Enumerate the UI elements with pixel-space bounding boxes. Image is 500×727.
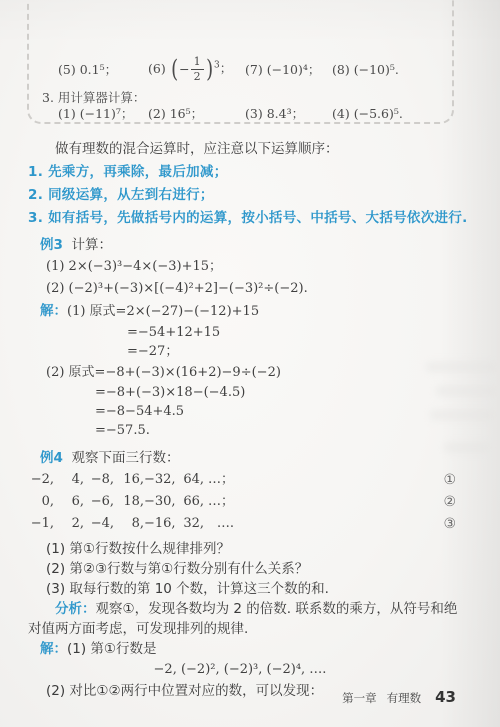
- number-row-1: −2,4,−8,16,−32,64,…； ①: [28, 469, 456, 491]
- example3-solution-1-line2: =−54+12+15: [127, 323, 470, 342]
- example3-title: 计算：: [72, 237, 113, 253]
- example3-solution-2-head: (2) 原式=−8+(−3)×(16+2)−9÷(−2): [46, 363, 470, 383]
- example4-heading: 例4 观察下面三行数：: [40, 447, 470, 469]
- exercise-row-2: (1)(−11)⁷； (2)16⁵； (3)8.4³； (4)(−5.6)⁵.: [29, 104, 452, 122]
- circled-number-3: ③: [443, 513, 456, 535]
- order-rule-2: 2. 同级运算，从左到右进行；: [28, 184, 470, 207]
- example4-solution-head: 解：(1) 第①行数是: [40, 639, 470, 659]
- fraction: 12: [191, 56, 204, 82]
- circled-number-1: ①: [443, 469, 456, 491]
- order-rule-1: 1. 先乘方，再乘除，最后加减；: [28, 161, 470, 184]
- example4-question-1: (1) 第①行数按什么规律排列？: [46, 539, 470, 559]
- example3-label: 例3: [40, 237, 63, 253]
- example3-solution-2-line2: =−8+(−3)×18−(−4.5): [95, 383, 470, 402]
- page-footer: 第一章有理数43: [342, 688, 456, 706]
- analysis-paragraph: 分析：观察①，发现各数均为 2 的倍数. 联系数的乘方，从符号和绝对值两方面考虑…: [28, 599, 466, 639]
- intro-sentence: 做有理数的混合运算时，应注意以下运算顺序：: [28, 138, 470, 161]
- footer-page-number: 43: [435, 688, 456, 706]
- exercise-dashed-box: (5)0.1⁵； (6)(−12)3； (7)(−10)⁴； (8)(−10)⁵…: [27, 0, 454, 124]
- solve-label: 解：: [40, 641, 67, 657]
- exercise-item-8: (8)(−10)⁵.: [332, 62, 452, 77]
- order-rule-3: 3. 如有括号，先做括号内的运算，按小括号、中括号、大括号依次进行.: [28, 207, 470, 230]
- analysis-label: 分析：: [55, 601, 96, 617]
- calc-item-1: (1)(−11)⁷；: [58, 104, 148, 122]
- example4-solution-row1-expr: −2, (−2)², (−2)³, (−2)⁴, ….: [40, 659, 440, 681]
- exercise-item-7: (7)(−10)⁴；: [245, 60, 332, 78]
- example3-solution-2-line4: =−57.5.: [95, 421, 470, 440]
- example4-label: 例4: [40, 450, 63, 466]
- example4-title: 观察下面三行数：: [72, 450, 180, 466]
- example3-problem-1: (1) 2×(−3)³−4×(−3)+15；: [46, 256, 470, 278]
- page-content: 做有理数的混合运算时，应注意以下运算顺序： 1. 先乘方，再乘除，最后加减； 2…: [0, 138, 500, 701]
- number-row-3: −1,2,−4,8,−16,32,…. ③: [28, 513, 456, 535]
- solve-label: 解：: [40, 303, 67, 319]
- example4-question-3: (3) 取每行数的第 10 个数，计算这三个数的和.: [46, 579, 470, 599]
- example3-solution-2-line3: =−8−54+4.5: [95, 402, 470, 421]
- example3-heading: 例3 计算：: [40, 234, 470, 256]
- textbook-page: (5)0.1⁵； (6)(−12)3； (7)(−10)⁴； (8)(−10)⁵…: [0, 0, 500, 727]
- example4-question-2: (2) 第②③行数与第①行数分别有什么关系？: [46, 559, 470, 579]
- exercise-item-6: (6)(−12)3；: [148, 56, 245, 82]
- exercise-item-5: (5)0.1⁵；: [58, 60, 148, 78]
- exercise-row-1: (5)0.1⁵； (6)(−12)3； (7)(−10)⁴； (8)(−10)⁵…: [29, 50, 452, 88]
- calc-item-3: (3)8.4³；: [245, 104, 332, 122]
- circled-number-2: ②: [443, 491, 456, 513]
- example3-problem-2: (2) (−2)³+(−3)×[(−4)²+2]−(−3)²÷(−2).: [46, 278, 470, 300]
- footer-section: 有理数: [387, 691, 422, 705]
- example3-solution-1-head: 解：(1) 原式=2×(−27)−(−12)+15: [40, 300, 470, 323]
- footer-chapter: 第一章: [342, 691, 377, 705]
- example3-solution-1-line3: =−27；: [127, 342, 470, 361]
- number-row-2: 0,6,−6,18,−30,66,…； ②: [28, 491, 456, 513]
- calc-item-2: (2)16⁵；: [148, 104, 245, 122]
- calc-item-4: (4)(−5.6)⁵.: [332, 106, 452, 121]
